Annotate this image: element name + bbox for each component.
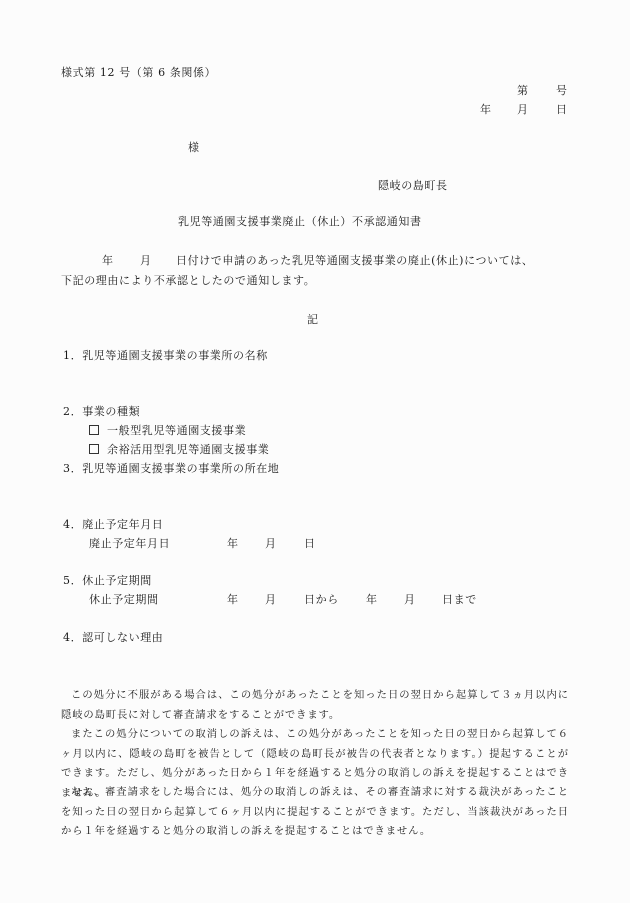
abolition-day: 日 bbox=[304, 537, 316, 551]
suspension-to-month: 月 bbox=[404, 593, 416, 607]
suspension-to-day: 日まで bbox=[442, 593, 477, 607]
intro-line1: 日付けで申請のあった乳児等通園支援事業の廃止(休止)については、 bbox=[176, 254, 533, 268]
item3-label: 3．乳児等通園支援事業の事業所の所在地 bbox=[63, 462, 279, 476]
business-type-option-general[interactable]: 一般型乳児等通園支援事業 bbox=[89, 424, 246, 438]
suspension-to-year: 年 bbox=[366, 593, 378, 607]
checkbox-icon[interactable] bbox=[89, 444, 99, 454]
date-year: 年 bbox=[480, 103, 492, 117]
suspension-from-year: 年 bbox=[227, 593, 239, 607]
form-number: 様式第 12 号（第 6 条関係） bbox=[61, 66, 216, 80]
document-title: 乳児等通園支援事業廃止（休止）不承認通知書 bbox=[178, 215, 422, 229]
doc-number-prefix: 第 bbox=[517, 84, 529, 98]
suspension-from-day: 日から bbox=[304, 593, 339, 607]
notice-review-lawsuit: なお、審査請求をした場合には、処分の取消しの訴えは、その審査請求に対する裁決があ… bbox=[61, 783, 569, 842]
intro-month: 月 bbox=[140, 254, 152, 268]
doc-number-suffix: 号 bbox=[556, 84, 568, 98]
abolition-month: 月 bbox=[265, 537, 277, 551]
ki-heading: 記 bbox=[307, 313, 319, 327]
intro-line2: 下記の理由により不承認としたので通知します。 bbox=[61, 274, 315, 288]
suspension-from-month: 月 bbox=[265, 593, 277, 607]
item2-label: 2．事業の種類 bbox=[63, 405, 140, 419]
notice-appeal: この処分に不服がある場合は、この処分があったことを知った日の翌日から起算して３ヵ… bbox=[61, 686, 569, 725]
business-type-option-surplus[interactable]: 余裕活用型乳児等通園支援事業 bbox=[89, 443, 269, 457]
option-label: 一般型乳児等通園支援事業 bbox=[107, 424, 246, 437]
abolition-date-sublabel: 廃止予定年月日 bbox=[89, 537, 170, 551]
intro-year: 年 bbox=[102, 254, 114, 268]
suspension-period-sublabel: 休止予定期間 bbox=[89, 593, 159, 607]
checkbox-icon[interactable] bbox=[89, 425, 99, 435]
item4-label: 4．廃止予定年月日 bbox=[63, 518, 163, 532]
option-label: 余裕活用型乳児等通園支援事業 bbox=[107, 443, 269, 456]
date-day: 日 bbox=[556, 103, 568, 117]
item5-label: 5．休止予定期間 bbox=[63, 574, 152, 588]
abolition-year: 年 bbox=[227, 537, 239, 551]
issuer: 隠岐の島町長 bbox=[378, 179, 448, 193]
item1-label: 1．乳児等通園支援事業の事業所の名称 bbox=[63, 349, 268, 363]
item-reason-label: 4．認可しない理由 bbox=[63, 631, 163, 645]
addressee-honorific: 様 bbox=[188, 141, 200, 155]
date-month: 月 bbox=[517, 103, 529, 117]
